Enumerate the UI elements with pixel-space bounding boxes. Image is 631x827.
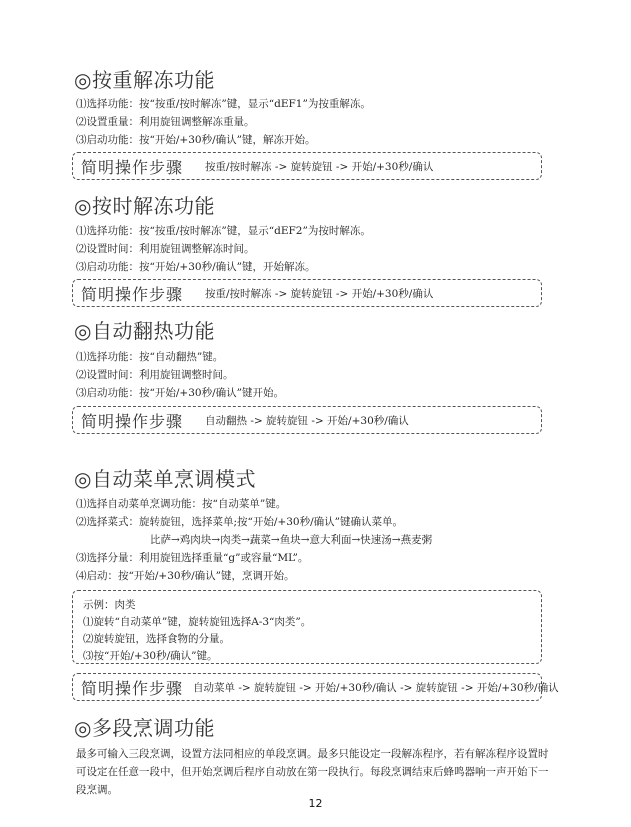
quick-steps-sequence: 按重/按时解冻 -> 旋转旋钮 -> 开始/+30秒/确认	[205, 286, 433, 301]
example-step: ⑴旋转“自动菜单”键，旋转旋钮选择A-3“肉类”。	[83, 614, 531, 631]
quick-steps-label: 简明操作步骤	[81, 155, 183, 178]
instruction-line: ⑴选择自动菜单烹调功能：按“自动菜单”键。	[76, 497, 286, 511]
quick-steps-label: 简明操作步骤	[81, 676, 183, 699]
instruction-line: ⑶启动功能：按“开始/+30秒/确认”键，开始解冻。	[76, 260, 315, 274]
instruction-line: ⑴选择功能：按“自动翻热”键。	[76, 350, 223, 364]
instruction-line: ⑴选择功能：按“按重/按时解冻”键，显示“dEF1”为按重解冻。	[76, 97, 371, 111]
page-number: 12	[0, 797, 631, 810]
quick-steps-sequence: 按重/按时解冻 -> 旋转旋钮 -> 开始/+30秒/确认	[205, 159, 433, 174]
quick-steps-sequence: 自动翻热 -> 旋转旋钮 -> 开始/+30秒/确认	[205, 413, 409, 428]
quick-steps-box: 简明操作步骤 按重/按时解冻 -> 旋转旋钮 -> 开始/+30秒/确认	[72, 279, 542, 307]
quick-steps-box: 简明操作步骤 按重/按时解冻 -> 旋转旋钮 -> 开始/+30秒/确认	[72, 152, 542, 180]
section-title-multi-stage: ◎多段烹调功能	[74, 716, 215, 740]
quick-steps-label: 简明操作步骤	[81, 409, 183, 432]
section-title-auto-reheat: ◎自动翻热功能	[74, 319, 215, 343]
section-title-time-defrost: ◎按时解冻功能	[74, 194, 215, 218]
example-step: ⑶按“开始/+30秒/确认”键。	[83, 648, 531, 665]
instruction-line: ⑴选择功能：按“按重/按时解冻”键，显示“dEF2”为按时解冻。	[76, 224, 371, 238]
manual-page: ◎按重解冻功能 ⑴选择功能：按“按重/按时解冻”键，显示“dEF1”为按重解冻。…	[0, 0, 631, 827]
quick-steps-box: 简明操作步骤 自动翻热 -> 旋转旋钮 -> 开始/+30秒/确认	[72, 406, 542, 434]
quick-steps-sequence: 自动菜单 -> 旋转旋钮 -> 开始/+30秒/确认 -> 旋转旋钮 -> 开始…	[193, 680, 559, 695]
example-step: ⑵旋转旋钮，选择食物的分量。	[83, 631, 531, 648]
quick-steps-label: 简明操作步骤	[81, 282, 183, 305]
example-title: 示例：肉类	[83, 597, 531, 614]
section-title-weight-defrost: ◎按重解冻功能	[74, 68, 215, 92]
instruction-line: ⑶选择分量：利用旋钮选择重量“g”或容量“ML”。	[76, 551, 308, 565]
instruction-line: ⑵设置时间：利用旋钮调整时间。	[76, 368, 234, 382]
instruction-line: ⑵选择菜式：旋转旋钮，选择菜单;按“开始/+30秒/确认”键确认菜单。	[76, 515, 403, 529]
menu-sequence-line: 比萨→鸡肉块→肉类→蔬菜→鱼块→意大利面→快速汤→燕麦粥	[150, 533, 432, 547]
instruction-line: ⑶启动功能：按“开始/+30秒/确认”键开始。	[76, 386, 284, 400]
instruction-line: ⑷启动：按“开始/+30秒/确认”键，烹调开始。	[76, 569, 294, 583]
section-title-auto-menu: ◎自动菜单烹调模式	[74, 467, 256, 491]
quick-steps-box: 简明操作步骤 自动菜单 -> 旋转旋钮 -> 开始/+30秒/确认 -> 旋转旋…	[72, 673, 542, 701]
multi-stage-description: 最多可输入三段烹调，设置方法同相应的单段烹调。最多只能设定一段解冻程序，若有解冻…	[76, 745, 556, 799]
instruction-line: ⑶启动功能：按“开始/+30秒/确认”键，解冻开始。	[76, 133, 315, 147]
example-box: 示例：肉类 ⑴旋转“自动菜单”键，旋转旋钮选择A-3“肉类”。 ⑵旋转旋钮，选择…	[72, 590, 542, 664]
instruction-line: ⑵设置重量：利用旋钮调整解冻重量。	[76, 115, 255, 129]
instruction-line: ⑵设置时间：利用旋钮调整解冻时间。	[76, 242, 255, 256]
